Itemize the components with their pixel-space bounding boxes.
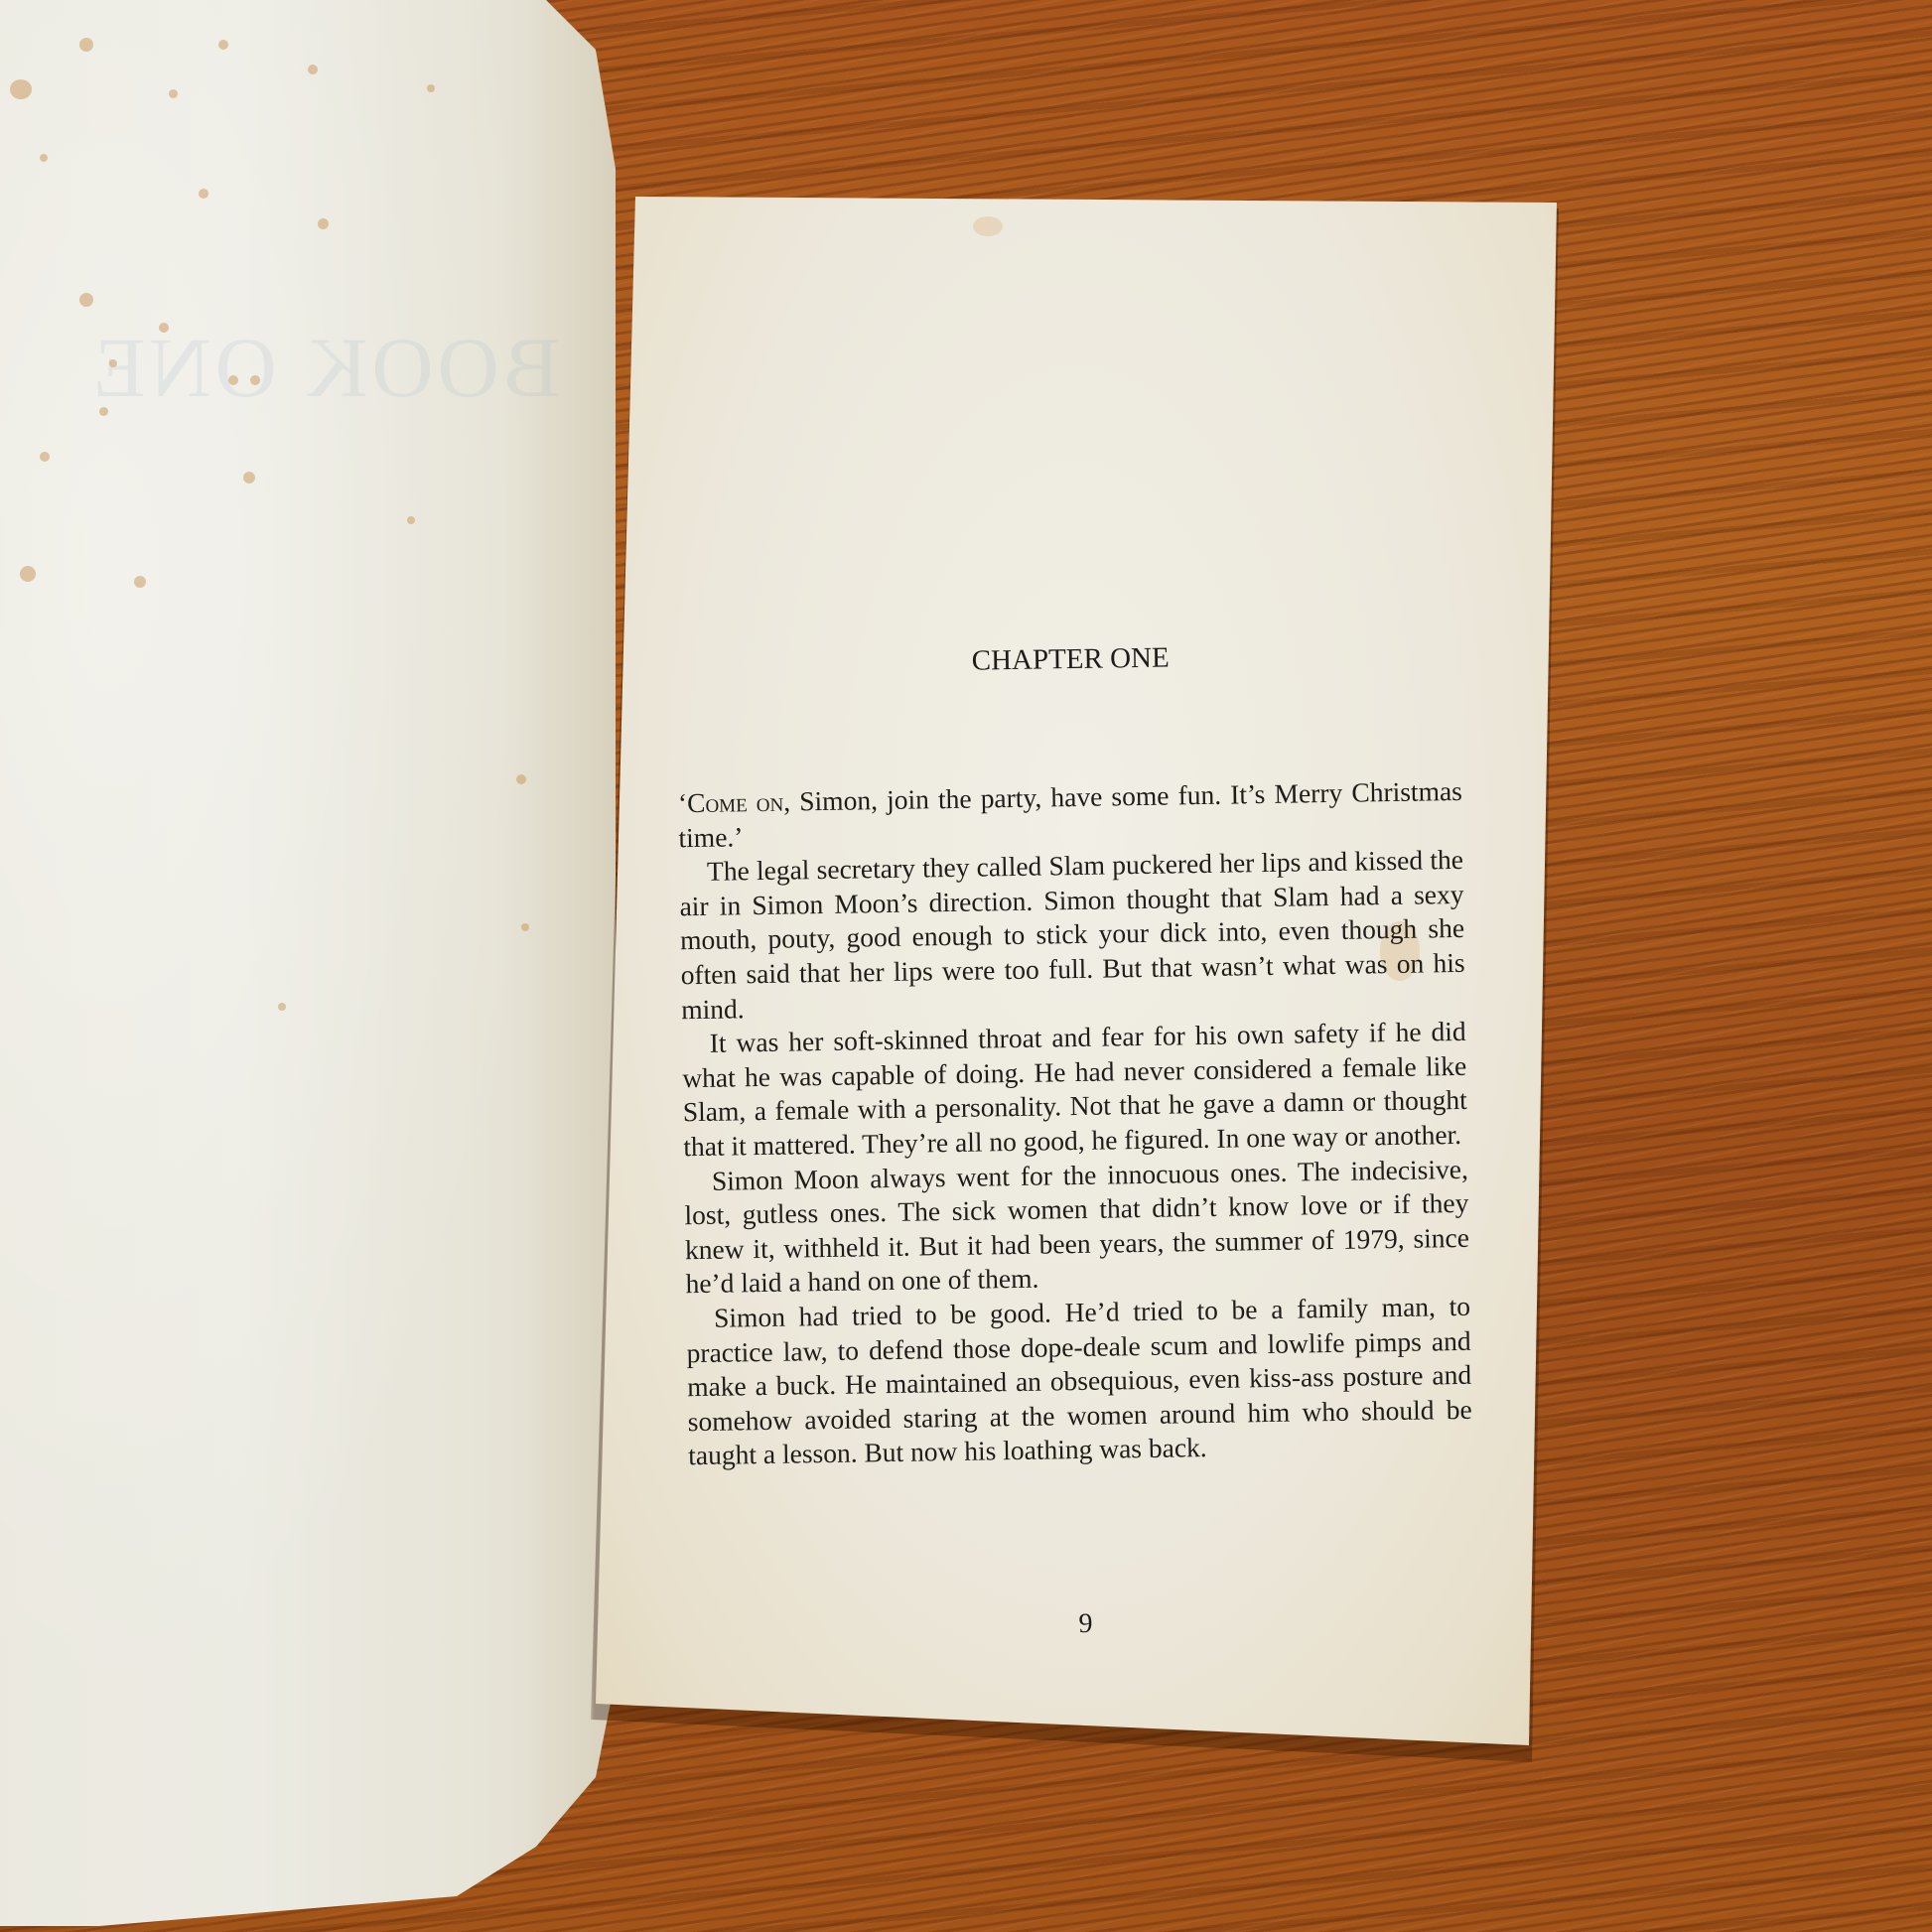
paper-stain [973, 216, 1003, 236]
foxing-spot [109, 359, 117, 367]
left-page-show-through-text: BOOK ONE [89, 318, 560, 417]
foxing-spot [308, 65, 318, 74]
paragraph-4: Simon Moon always went for the innocuous… [684, 1152, 1470, 1302]
paragraph-3: It was her soft-skinned throat and fear … [681, 1015, 1467, 1165]
foxing-spot [169, 89, 178, 98]
foxing-spot [427, 84, 435, 92]
foxing-spot [250, 375, 260, 385]
paragraph-2: The legal secretary they called Slam puc… [679, 843, 1466, 1027]
foxing-spot [243, 472, 255, 483]
foxing-spot [79, 38, 93, 52]
paragraph-1-text: , Simon, join the party, have some fun. … [678, 775, 1462, 853]
foxing-spot [318, 218, 329, 229]
foxing-spot [228, 375, 238, 385]
foxing-spot [521, 923, 529, 931]
foxing-spot [199, 189, 208, 199]
foxing-spot [516, 774, 526, 784]
foxing-spot [278, 1003, 286, 1011]
opening-smallcaps: ‘Come on [678, 786, 784, 819]
left-page: BOOK ONE [0, 0, 635, 1926]
foxing-spot [134, 576, 146, 588]
foxing-spot [159, 323, 169, 333]
paragraph-5: Simon had tried to be good. He’d tried t… [686, 1290, 1473, 1473]
foxing-spot [79, 293, 93, 307]
foxing-spot [40, 452, 50, 462]
chapter-body: ‘Come on, Simon, join the party, have so… [678, 774, 1473, 1473]
foxing-spot [99, 407, 108, 416]
foxing-spot [10, 79, 32, 99]
foxing-spot [20, 566, 36, 582]
foxing-spot [218, 40, 228, 50]
foxing-spot [40, 154, 48, 162]
paragraph-1: ‘Come on, Simon, join the party, have so… [678, 774, 1463, 856]
foxing-spot [407, 516, 415, 524]
